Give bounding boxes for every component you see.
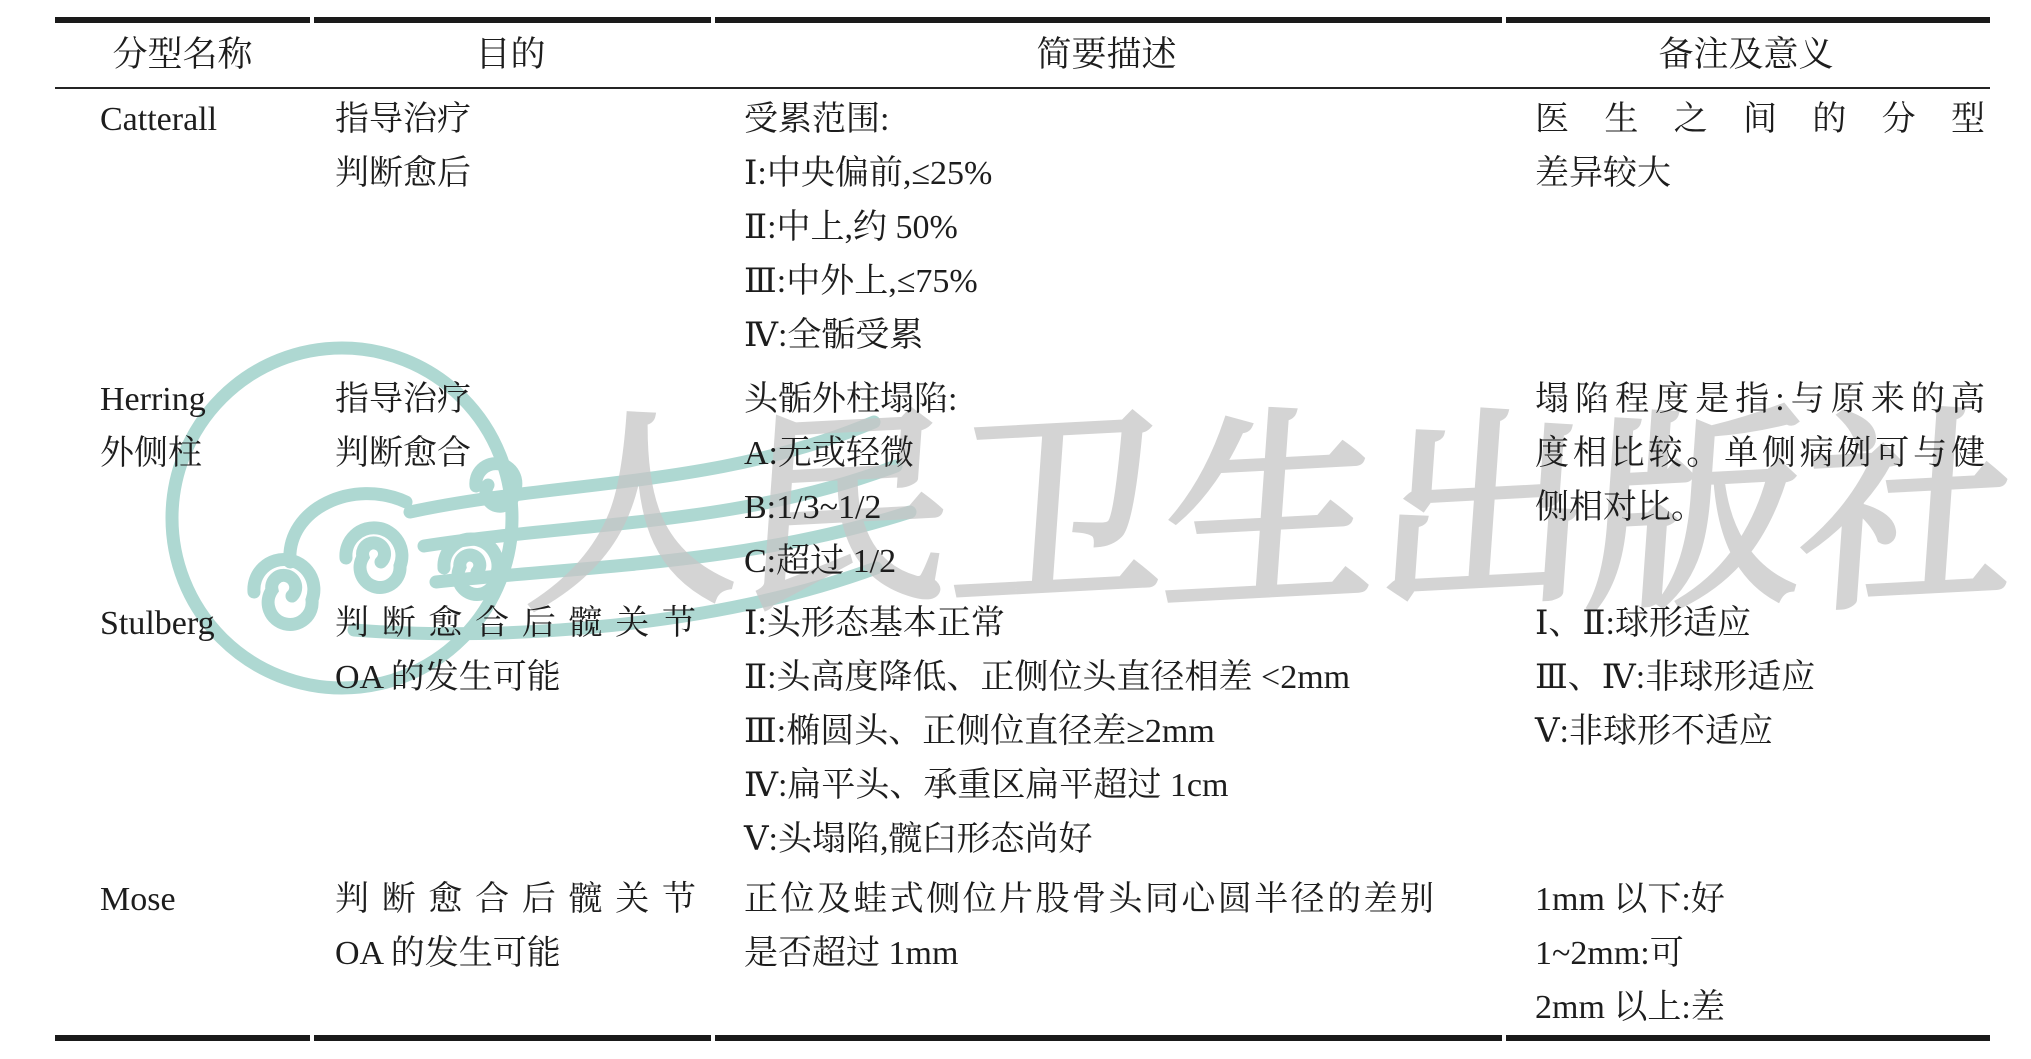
cell-description: 头骺外柱塌陷:A:无或轻微B:1/3~1/2C:超过 1/2 — [711, 373, 1502, 589]
cell-line: 指导治疗 — [335, 373, 696, 427]
cell-purpose: 判断愈合后髋关节OA 的发生可能 — [310, 873, 711, 1035]
cell-line: 1mm 以下:好 — [1535, 873, 1985, 927]
cell-line: Ⅴ:非球形不适应 — [1535, 705, 1985, 759]
cell-line: Ⅲ:中外上,≤75% — [744, 255, 1434, 309]
cell-line: B:1/3~1/2 — [744, 481, 1434, 535]
table-row: Herring外侧柱指导治疗判断愈合头骺外柱塌陷:A:无或轻微B:1/3~1/2… — [55, 363, 1990, 589]
cell-line: Catterall — [100, 93, 310, 147]
cell-line: 医生之间的分型 — [1535, 93, 1985, 147]
header-remarks-significance: 备注及意义 — [1502, 23, 1990, 87]
cell-line: OA 的发生可能 — [335, 927, 696, 981]
header-purpose: 目的 — [310, 23, 711, 87]
cell-purpose: 判断愈合后髋关节OA 的发生可能 — [310, 597, 711, 867]
cell-line: Stulberg — [100, 597, 310, 651]
cell-remarks: Ⅰ、Ⅱ:球形适应Ⅲ、Ⅳ:非球形适应Ⅴ:非球形不适应 — [1502, 597, 1990, 867]
cell-description: 正位及蛙式侧位片股骨头同心圆半径的差别是否超过 1mm — [711, 873, 1502, 1035]
cell-remarks: 1mm 以下:好1~2mm:可2mm 以上:差 — [1502, 873, 1990, 1035]
cell-remarks: 医生之间的分型差异较大 — [1502, 93, 1990, 363]
cell-line: Ⅰ:中央偏前,≤25% — [744, 147, 1434, 201]
cell-line: Ⅰ:头形态基本正常 — [744, 597, 1434, 651]
table-row: Mose判断愈合后髋关节OA 的发生可能正位及蛙式侧位片股骨头同心圆半径的差别是… — [55, 867, 1990, 1035]
table-body: Catterall指导治疗判断愈后受累范围:Ⅰ:中央偏前,≤25%Ⅱ:中上,约 … — [0, 89, 2031, 1035]
cell-line: 正位及蛙式侧位片股骨头同心圆半径的差别 — [744, 873, 1434, 927]
cell-line: Ⅴ:头塌陷,髋臼形态尚好 — [744, 813, 1434, 867]
cell-classification-name: Catterall — [55, 93, 310, 363]
table-row: Catterall指导治疗判断愈后受累范围:Ⅰ:中央偏前,≤25%Ⅱ:中上,约 … — [55, 89, 1990, 363]
cell-line: OA 的发生可能 — [335, 651, 696, 705]
cell-remarks: 塌陷程度是指:与原来的高度相比较。单侧病例可与健侧相对比。 — [1502, 373, 1990, 589]
cell-line: Ⅱ:中上,约 50% — [744, 201, 1434, 255]
cell-line: Ⅳ:全骺受累 — [744, 309, 1434, 363]
cell-line: 度相比较。单侧病例可与健 — [1535, 427, 1985, 481]
table-bottom-border — [55, 1035, 1990, 1041]
cell-purpose: 指导治疗判断愈后 — [310, 93, 711, 363]
classification-table: 分型名称 目的 简要描述 备注及意义 Catterall指导治疗判断愈后受累范围… — [0, 0, 2031, 1041]
cell-classification-name: Stulberg — [55, 597, 310, 867]
cell-line: 差异较大 — [1535, 147, 1985, 201]
cell-line: 头骺外柱塌陷: — [744, 373, 1434, 427]
cell-line: 判断愈后 — [335, 147, 696, 201]
cell-line: Ⅲ、Ⅳ:非球形适应 — [1535, 651, 1985, 705]
cell-line: Ⅳ:扁平头、承重区扁平超过 1cm — [744, 759, 1434, 813]
cell-line: 指导治疗 — [335, 93, 696, 147]
cell-line: 外侧柱 — [100, 427, 310, 481]
header-brief-description: 简要描述 — [711, 23, 1502, 87]
cell-line: Ⅲ:椭圆头、正侧位直径差≥2mm — [744, 705, 1434, 759]
cell-line: 1~2mm:可 — [1535, 927, 1985, 981]
cell-description: 受累范围:Ⅰ:中央偏前,≤25%Ⅱ:中上,约 50%Ⅲ:中外上,≤75%Ⅳ:全骺… — [711, 93, 1502, 363]
cell-line: C:超过 1/2 — [744, 535, 1434, 589]
cell-line: Mose — [100, 873, 310, 927]
cell-line: 判断愈合 — [335, 427, 696, 481]
cell-line: 2mm 以上:差 — [1535, 981, 1985, 1035]
cell-line: 塌陷程度是指:与原来的高 — [1535, 373, 1985, 427]
cell-purpose: 指导治疗判断愈合 — [310, 373, 711, 589]
cell-classification-name: Herring外侧柱 — [55, 373, 310, 589]
cell-line: Ⅱ:头高度降低、正侧位头直径相差 <2mm — [744, 651, 1434, 705]
cell-classification-name: Mose — [55, 873, 310, 1035]
header-classification-name: 分型名称 — [55, 23, 310, 87]
cell-line: Ⅰ、Ⅱ:球形适应 — [1535, 597, 1985, 651]
cell-line: Herring — [100, 373, 310, 427]
table-header-row: 分型名称 目的 简要描述 备注及意义 — [55, 23, 1990, 87]
cell-line: 判断愈合后髋关节 — [335, 873, 696, 927]
cell-line: A:无或轻微 — [744, 427, 1434, 481]
cell-line: 受累范围: — [744, 93, 1434, 147]
cell-line: 是否超过 1mm — [744, 927, 1434, 981]
cell-description: Ⅰ:头形态基本正常Ⅱ:头高度降低、正侧位头直径相差 <2mmⅢ:椭圆头、正侧位直… — [711, 597, 1502, 867]
table-row: Stulberg判断愈合后髋关节OA 的发生可能Ⅰ:头形态基本正常Ⅱ:头高度降低… — [55, 589, 1990, 867]
cell-line: 侧相对比。 — [1535, 481, 1985, 535]
cell-line: 判断愈合后髋关节 — [335, 597, 696, 651]
